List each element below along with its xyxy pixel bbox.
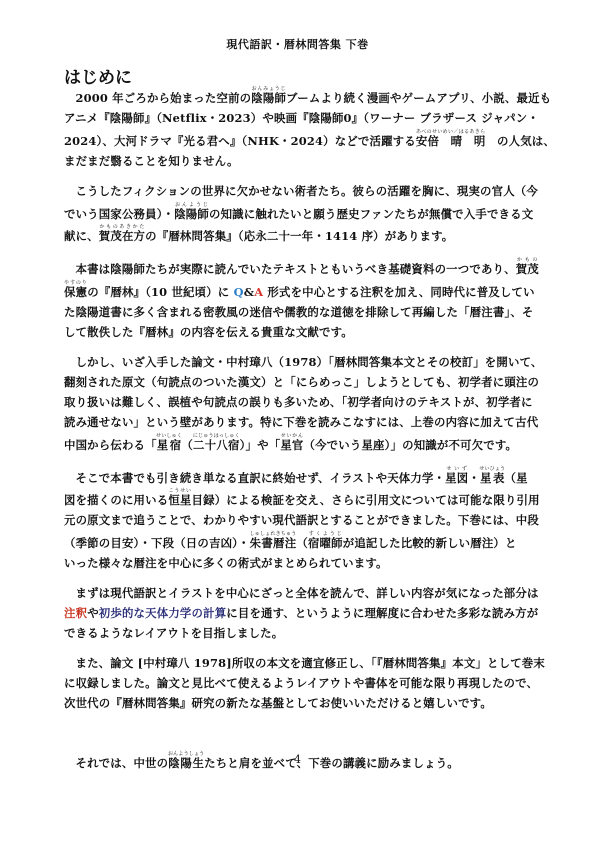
paragraph-fiction: こうしたフィクションの世界に欠かせない術者たち。彼らの活躍を胸に、現実の官人（今… <box>64 182 534 248</box>
paragraph-line: できるようなレイアウトを目指しました。 <box>64 624 534 644</box>
paragraph-line: 元の原文まで追うことで、わかりやすい現代語訳とすることができました。下巻には、中… <box>64 511 534 531</box>
page-number: 4 <box>0 753 595 766</box>
paragraph-line: 保憲やすのりの『暦林』（10 世紀頃）に Q&A 形式を中心とする注釈を加え、同… <box>64 280 534 303</box>
paragraph-line: また、論文 [中村璋八 1978]所収の本文を適宜修正し、「『暦林問答集』本文」… <box>64 654 534 674</box>
paragraph-appendix: また、論文 [中村璋八 1978]所収の本文を適宜修正し、「『暦林問答集』本文」… <box>64 654 534 714</box>
paragraph-difficulty: しかし、いざ入手した論文・中村璋八（1978）「暦林問答集本文とその校訂」を開い… <box>64 353 534 456</box>
paragraph-line: 2024）、大河ドラマ『光る君へ』（NHK・2024）などで活躍する安倍 晴 明… <box>64 129 534 152</box>
paragraph-line: 翻刻された原文（句読点のついた漢文）と「にらめっこ」しようとしても、初学者に頭注… <box>64 373 534 393</box>
paragraph-line: た陰陽道書に多く含まれる密教風の迷信や儒教的な道徳を排除して再編した「暦注書」、… <box>64 303 534 323</box>
running-header: 現代語訳・暦林問答集 下巻 <box>0 36 595 52</box>
paragraph-line: 読み通せない」という壁があります。特に下巻を読みこなすには、上巻の内容に加えて古… <box>64 413 534 433</box>
section-title: はじめに <box>64 63 132 88</box>
paragraph-line: いった様々な暦注を中心に多くの術式がまとめられています。 <box>64 554 534 574</box>
spacer <box>64 723 534 751</box>
paragraph-intro: 2000 年ごろから始まった空前の陰陽師おんみょうじブームより続く漫画やゲームア… <box>64 86 534 172</box>
paragraph-line: こうしたフィクションの世界に欠かせない術者たち。彼らの活躍を胸に、現実の官人（今 <box>64 182 534 202</box>
paragraph-line: して散佚した『暦林』の内容を伝える貴重な文献です。 <box>64 323 534 343</box>
paragraph-line: まだまだ翳ることを知りません。 <box>64 152 534 172</box>
paragraph-line: 2000 年ごろから始まった空前の陰陽師おんみょうじブームより続く漫画やゲームア… <box>64 86 534 109</box>
paragraph-line: 注釈や初歩的な天体力学の計算に目を通す、というように理解度に合わせた多彩な読み方… <box>64 604 534 624</box>
paragraph-line: 中国から伝わる「星宿せいしゅく（二十八宿にじゅうはっしゅく）」や「星官せいかん（… <box>64 433 534 456</box>
paragraph-line: （季節の目安）・下段（日の吉凶）・朱書暦注しゅしょれきちゅう（宿曜師すくようじが… <box>64 531 534 554</box>
paragraph-line: しかし、いざ入手した論文・中村璋八（1978）「暦林問答集本文とその校訂」を開い… <box>64 353 534 373</box>
paragraph-line: まずは現代語訳とイラストを中心にざっと全体を読んで、詳しい内容が気になった部分は <box>64 584 534 604</box>
paragraph-about-book: 本書は陰陽師たちが実際に読んでいたテキストともいうべき基礎資料の一つであり、賀茂… <box>64 257 534 343</box>
paragraph-line: 取り扱いは難しく、誤植や句読点の誤りも多いため、「初学者向けのテキストが、初学者… <box>64 393 534 413</box>
paragraph-reading-guide: まずは現代語訳とイラストを中心にざっと全体を読んで、詳しい内容が気になった部分は… <box>64 584 534 644</box>
paragraph-line: 献に、賀茂在方かものあきかたの『暦林問答集』（応永二十一年・1414 序）があり… <box>64 224 534 247</box>
document-body: 2000 年ごろから始まった空前の陰陽師おんみょうじブームより続く漫画やゲームア… <box>64 86 534 784</box>
highlight-astronomy-calculations: 初歩的な天体力学の計算 <box>99 606 227 620</box>
a-letter: A <box>254 285 263 299</box>
highlight-annotations: 注釈 <box>64 606 87 620</box>
paragraph-line: そこで本書でも引き続き単なる直訳に終始せず、イラストや天体力学・星図せいず・星表… <box>64 466 534 489</box>
paragraph-line: に収録しました。論文と見比べて使えるようレイアウトや書体を可能な限り再現したので… <box>64 674 534 694</box>
paragraph-line: 次世代の『暦林問答集』研究の新たな基盤としてお使いいただけると嬉しいです。 <box>64 694 534 714</box>
paragraph-line: 本書は陰陽師たちが実際に読んでいたテキストともいうべき基礎資料の一つであり、賀茂… <box>64 257 534 280</box>
paragraph-approach: そこで本書でも引き続き単なる直訳に終始せず、イラストや天体力学・星図せいず・星表… <box>64 466 534 575</box>
q-letter: Q <box>234 285 244 299</box>
paragraph-line: でいう国家公務員）・陰陽師おんようじの知識に触れたいと願う歴史ファンたちが無償で… <box>64 202 534 225</box>
paragraph-line: アニメ『陰陽師』（Netflix・2023）や映画『陰陽師0』（ワーナー ブラザ… <box>64 109 534 129</box>
paragraph-line: 図を描くのに用いる恒星こうせい目録）による検証を交え、さらに引用文については可能… <box>64 488 534 511</box>
ampersand: & <box>244 285 254 299</box>
